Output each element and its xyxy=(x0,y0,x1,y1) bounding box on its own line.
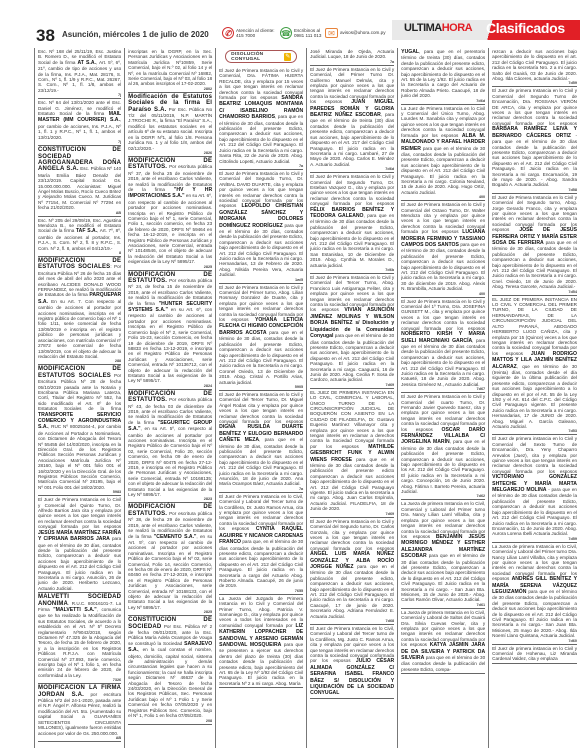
notice-party-names: YUGAL xyxy=(401,49,419,55)
classified-notice: El Juez de Primera Instancia en lo Civil… xyxy=(219,284,303,391)
notice-party-names: JESÚS MARÍA MARTÍNEZ FARIÑA Y CIPRIANA B… xyxy=(38,530,121,542)
notice-body: en su Art. 6º, con respecto al cambio de… xyxy=(128,307,212,383)
issue-date: Asunción, miércoles 1 de julio de 2020 xyxy=(62,30,209,39)
classified-notice: El Juez de Primera Instancia en lo Civil… xyxy=(38,496,121,593)
column-4: José Miranda de Ojeda, Actuaria Judicial… xyxy=(307,48,398,748)
classified-notice: El Juez de Primera Instancia en lo Civil… xyxy=(310,66,394,173)
notice-body: El Juez de Primera Instancia en lo Civil… xyxy=(38,497,121,529)
notice-code: 7d69 xyxy=(310,512,394,516)
classified-notice: El Juez de Primera Instancia en lo Civil… xyxy=(219,170,303,284)
classified-notice: El Juez de primera Instancia en lo Civil… xyxy=(492,87,577,193)
notice-code: 7d68 xyxy=(310,619,394,623)
classified-notice: El Juez de Primera Instancia en lo Civil… xyxy=(219,493,303,595)
page-header: 38 Asunción, miércoles 1 de julio de 202… xyxy=(0,0,580,40)
notice-party-names: AT S.A. xyxy=(77,60,95,66)
phone-icon: ✆ xyxy=(222,27,234,39)
notice-body: en su Art. 6º, con respecto al cambio de… xyxy=(128,193,212,264)
notice-code: 2826 xyxy=(128,151,212,155)
classified-notice: MODIFICACIÓN DE ESTATUTOS. Por escritura… xyxy=(128,271,212,390)
notice-body: para que en el término de 30 días, conta… xyxy=(401,242,485,291)
notice-code: 8 xyxy=(38,251,121,255)
notice-code: 2823 xyxy=(128,497,212,501)
notice-code: 7d61 xyxy=(401,603,485,607)
classified-notice: CONSTITUCIÓN DE SOCIEDAD Por Esc. Públic… xyxy=(128,616,212,724)
notice-body: El Juez de primera instancia en lo Civil… xyxy=(492,646,577,662)
email-link[interactable]: avisos@uhora.com.py xyxy=(340,30,386,36)
notice-body: - para que en el término de 30 días cont… xyxy=(492,487,577,536)
column-1: Esc. Nº 168 del 25/11/19, Esc. Justina B… xyxy=(34,48,125,748)
notice-body: , en su Art. 5º, con respecto al cambio … xyxy=(128,426,212,497)
classified-notice: MODIFICACION DE ESTATUTOS SOCIALES: Por … xyxy=(38,257,121,365)
classified-notice: Modificación de Estatutos Sociales de la… xyxy=(128,93,212,157)
notice-code: 5983 xyxy=(38,490,121,494)
column-3: DISOLUCIÓN CONYUGAL✎El Juez de Primera I… xyxy=(216,48,307,748)
notice-code: 7j xyxy=(38,140,121,144)
notice-body: por escritura Pública Nº2 del 24-1-2020,… xyxy=(38,692,121,736)
notice-code: 7d69 xyxy=(310,383,394,387)
notice-code: 2825 xyxy=(128,265,212,269)
notice-code: 7d59 xyxy=(492,537,577,541)
notice-code: 7d6d xyxy=(401,99,485,103)
classified-notice: MODIFICACIÓN DE ESTATUTOS. Por escritura… xyxy=(128,503,212,616)
notice-body: El Juez de Primera Instancia en lo Civil… xyxy=(219,392,303,424)
notice-body: , que en término de 30 (treinta) días, c… xyxy=(492,364,577,429)
envelope-icon: ✉ xyxy=(325,28,338,38)
notice-body: inscriptas en la DGRP, en la Sec. Person… xyxy=(128,49,212,86)
notice-body: Por Esc. Pública No 7/2 del 05/11/2019, … xyxy=(128,107,212,151)
classified-notice: MODIFICACIÓN DE ESTATUTOS. Por escritura… xyxy=(128,157,212,271)
whatsapp-contact: ☎ Escribinos al0981 111 013 xyxy=(280,25,321,41)
notice-body: - para que en el término de 30 días cont… xyxy=(492,133,577,188)
classified-notice: CONSTITUCIÓN DE SOCIEDAD AGROGANADERA DO… xyxy=(38,146,121,216)
notice-code: 288 xyxy=(38,359,121,363)
notice-party-names: TAF S.A. xyxy=(76,228,97,234)
classified-notice: El Juez de Primera Instancia en lo Civil… xyxy=(310,625,394,699)
classified-notice: El Juez de Primera Instancia en lo Civil… xyxy=(310,518,394,625)
notice-code: 7a xyxy=(310,60,394,64)
classified-notice: El Juez de Primera Instancia en lo Civil… xyxy=(310,274,394,389)
notice-body: , para que en el término de treinta (30)… xyxy=(310,112,394,167)
notice-body: para que, en el término de 30 días conta… xyxy=(219,539,303,588)
notice-code: 400 xyxy=(401,292,485,296)
column-2: inscriptas en la DGRP, en la Sec. Person… xyxy=(125,48,216,748)
notice-party-names: BÁRBARA RAMÍREZ LEIVA Y BERNARDO CÁCERES… xyxy=(492,126,577,138)
classified-notice: MODIFICACION LA FIRMA JORDAN S.A. por es… xyxy=(38,684,121,742)
notice-code: 5905 xyxy=(219,385,303,389)
classified-notice: El Juez de primera instancia en lo Civil… xyxy=(492,645,577,664)
notice-body: El Juez de Primera Instancia en lo Civil… xyxy=(310,519,394,551)
notice-party-names: "MALVETTI S.A." xyxy=(53,607,96,613)
email-contact[interactable]: ✉ avisos@uhora.com.py xyxy=(325,25,386,41)
classified-notice: La Jueza de primera Instancia en lo Civi… xyxy=(492,543,577,645)
whatsapp-icon: ☎ xyxy=(280,27,292,39)
notice-code: 400 xyxy=(401,195,485,199)
notice-body: para que en el término de 30 días contad… xyxy=(401,553,485,602)
classified-notice: El Juez de primera instancia en lo Civil… xyxy=(492,435,577,542)
classified-notice: El Juez de Primera Instancia en lo Civil… xyxy=(401,298,485,394)
notice-code: 7j xyxy=(38,93,121,97)
notice-body: para que en el término de 30 días, conta… xyxy=(219,330,303,385)
classified-notice: La Jueza de primera Instancia en lo Civi… xyxy=(401,500,485,608)
classifieds-columns: Esc. Nº 168 del 25/11/19, Esc. Justina B… xyxy=(34,48,580,748)
notice-code: 7d62 xyxy=(401,494,485,498)
notice-body: para que en el término de 30 días contad… xyxy=(310,564,394,619)
classified-notice: José Miranda de Ojeda, Actuaria Judicial… xyxy=(310,48,394,66)
notice-party-names: JULIO CÉSAR ALMADA GONZÁLEZ C/ SERAFINA … xyxy=(310,658,394,696)
notice-code: 7d53 xyxy=(492,429,577,433)
notice-body: para que en el término de 30 días, conta… xyxy=(38,536,121,591)
notice-body: , para que en el término de 30 días cont… xyxy=(310,213,394,268)
notice-body: El Juez de Primera Instancia en lo Civil… xyxy=(310,174,394,206)
notice-body: , para que en el término de 30 días cont… xyxy=(401,338,485,387)
column-6: rezcan a deducir sus acciones bajo aperc… xyxy=(489,48,580,748)
notice-code: 7d60 xyxy=(492,639,577,643)
classified-notice: El Juez de Primera Instancia en lo Civil… xyxy=(401,201,485,298)
notice-code: 2824 xyxy=(128,384,212,388)
notice-code: AB xyxy=(38,211,121,215)
notice-party-names: "CEMENTO S.A." xyxy=(154,534,197,540)
notice-body: para que en el término de 30 días, conta… xyxy=(219,223,303,278)
notice-body: José Miranda de Ojeda, Actuaria Judicial… xyxy=(310,49,394,59)
notice-code: 208 xyxy=(128,719,212,723)
notice-code: 7d59 xyxy=(492,81,577,85)
classified-notice: La Jueza de primera Instancia en lo Civi… xyxy=(401,609,485,674)
customer-service-contact: ✆ Atención al cliente:415 7000 xyxy=(222,25,275,41)
notice-body: EL JUEZ DE PRIMERA INSTANCIA EN LO CIVIL… xyxy=(310,390,394,449)
notice-heading: MODIFICACION DE ESTATUTOS SOCIALES xyxy=(38,366,121,378)
notice-body: , en la cual constan el nombre, objeto, … xyxy=(128,647,212,718)
notice-body: para que en el término de 30 días, conta… xyxy=(492,240,577,289)
notice-body: El Juez de Primera Instancia en lo Civil… xyxy=(401,299,485,331)
notice-code: 7d67 xyxy=(401,387,485,391)
notice-body: , comunica que se ha realizado la Modifi… xyxy=(38,607,121,678)
notice-body: para que en el término de 30 días contad… xyxy=(310,457,394,512)
classified-notice: La Juez de Primera Instancia en lo Civil… xyxy=(401,105,485,202)
notice-body: para que en el término de 30 días, conta… xyxy=(401,146,485,195)
classified-notice: El Juez de Primera Instancia en lo Civil… xyxy=(219,391,303,493)
notice-code: AB xyxy=(38,736,121,740)
newspaper-logo: ULTIMAHORA xyxy=(404,22,472,34)
notice-heading: MODIFICACION DE ESTATUTOS SOCIALES xyxy=(38,258,121,270)
notice-body: El Juez de primera Instancia en lo Civil… xyxy=(492,88,577,125)
classified-notice: El Juez de Primera Instancia en lo Civil… xyxy=(401,393,485,500)
notice-body: para que en el término de 30 días contad… xyxy=(310,333,394,382)
classified-notice: MALVETTI SOCIEDAD ANONIMA. R.U.C. 800161… xyxy=(38,593,121,684)
page-number: 38 xyxy=(36,26,55,46)
contact-value: 0981 111 013 xyxy=(294,33,321,38)
notice-code: 7d6b xyxy=(310,268,394,272)
notice-code: 7a xyxy=(219,487,303,491)
classified-notice: rezcan a deducir sus acciones bajo aperc… xyxy=(492,48,577,87)
notice-body: , para que en el término de 30 días cont… xyxy=(401,439,485,494)
classified-notice: EL JUEZ DE PRIMERA INSTANCIA EN LO CIVIL… xyxy=(310,389,394,518)
classified-notice: La Jueza del Juzgado de Primera Instanci… xyxy=(219,595,303,689)
classified-notice: YUGAL, para que en el perentorio término… xyxy=(401,48,485,105)
classified-notice: Esc. Nº 168 del 25/11/19, Esc. Justina B… xyxy=(38,48,121,99)
category-label: DISOLUCIÓN CONYUGAL xyxy=(231,52,284,62)
notice-body: rezcan a deducir sus acciones bajo aperc… xyxy=(492,49,577,81)
notice-body: para que en el término de 30 días contad… xyxy=(492,589,577,638)
notice-code: 7d6d xyxy=(310,167,394,171)
classified-notice: EL JUEZ DE PRIMERA INSTANCIA EN LO CIVIL… xyxy=(492,296,577,436)
notice-code: 7d54 xyxy=(492,290,577,294)
contact-label: Escribinos al xyxy=(294,28,320,33)
column-5: YUGAL, para que en el perentorio término… xyxy=(398,48,489,748)
classified-notice: Esc. Nº 205 del 29/09/19, Esc. Agustina … xyxy=(38,217,121,257)
notice-code: 7326 xyxy=(38,678,121,682)
section-title: Clasificados xyxy=(486,20,565,36)
notice-code: 2825 xyxy=(128,610,212,614)
classified-notice: inscriptas en la DGRP, en la Sec. Person… xyxy=(128,48,212,93)
classified-notice: Esc. Nº 64 del 13/01/2020 ante el Esc. D… xyxy=(38,99,121,146)
notice-code: 7655 xyxy=(219,589,303,593)
notice-code: 1w/5 xyxy=(219,278,303,282)
notice-code: 2802 xyxy=(128,87,212,91)
document-pen-icon: ✎ xyxy=(284,53,291,61)
category-tag: DISOLUCIÓN CONYUGAL✎ xyxy=(225,50,297,63)
classified-notice: El Juez de Primera Instancia en lo Civil… xyxy=(492,194,577,296)
notice-body: Por Escritura Pública Nº 28 de fecha 05/… xyxy=(38,373,121,411)
notice-body: El Juez de primera instancia en lo Civil… xyxy=(492,436,577,473)
notice-body: En su Art. 7. Con respecto al cambio de … xyxy=(38,299,121,359)
contact-label: Atención al cliente: xyxy=(236,28,275,33)
notice-body: , RUC Nº 80025164-4, por cambio de Accio… xyxy=(38,424,121,489)
notice-code: 7d58 xyxy=(492,188,577,192)
notice-body: EL JUEZ DE PRIMERA INSTANCIA EN LO CIVIL… xyxy=(492,297,577,356)
notice-body: Esc. Pública Nº 140 María Emilia Báez De… xyxy=(38,166,121,210)
classified-notice: MODIFICACION DE ESTATUTOS SOCIALES Por E… xyxy=(38,365,121,496)
classified-notice: El Juez de Primera Instancia en lo Civil… xyxy=(219,67,303,170)
notice-body: , para que en el término de 30 días, con… xyxy=(219,437,303,486)
notice-body: , en su Art. 5º, con respecto al cambio … xyxy=(128,534,212,610)
notice-code: 7a xyxy=(219,164,303,168)
notice-body: , para que en el término de 30 días, con… xyxy=(219,114,303,163)
notice-body: , para que en el perentorio término de t… xyxy=(401,49,485,98)
classified-notice: MODIFICACIÓN DE ESTATUTOS. Por escritura… xyxy=(128,390,212,504)
contact-value: 415 7000 xyxy=(236,33,255,38)
notice-body: para que se presenten a ejercer sus dere… xyxy=(219,642,303,686)
classified-notice: El Juez de Primera Instancia en lo Civil… xyxy=(310,173,394,274)
notice-body: La Jueza del Juzgado de Primera Instanci… xyxy=(219,596,303,628)
